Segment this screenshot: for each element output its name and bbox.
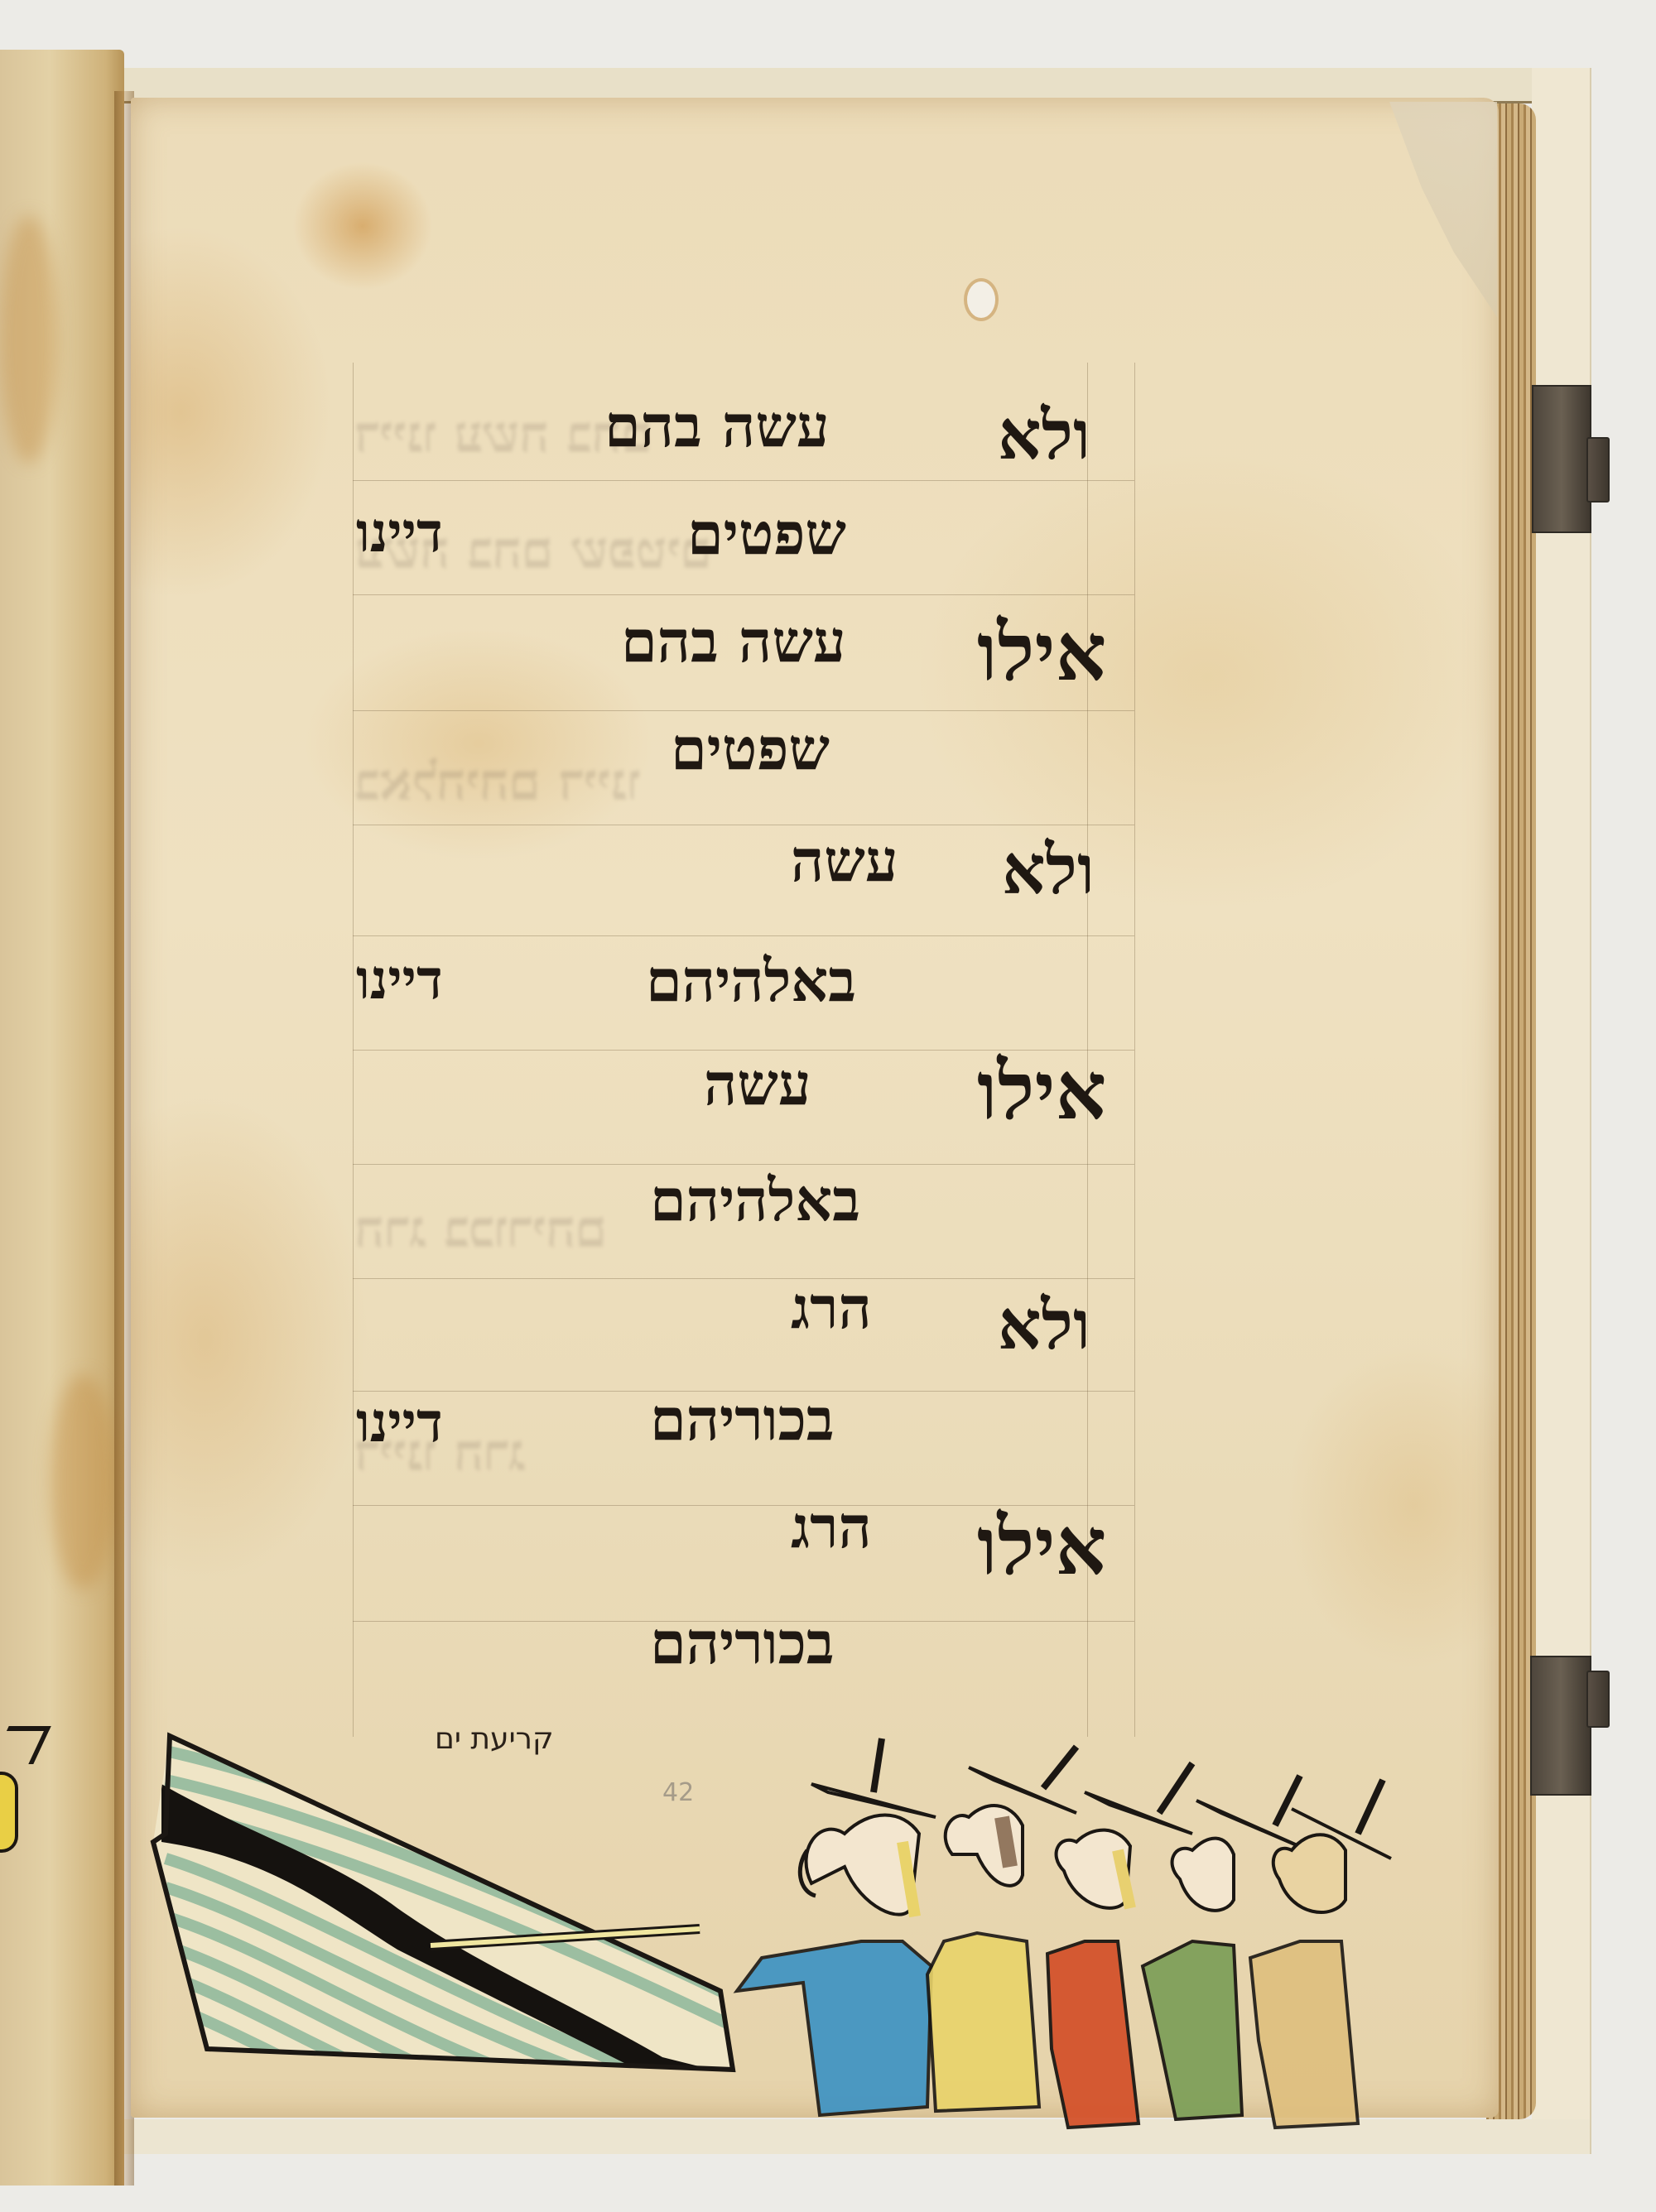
- upper-clasp: [1532, 385, 1591, 533]
- ruling-line: [353, 825, 1134, 825]
- ruling-line: [353, 935, 1134, 936]
- lower-clasp: [1530, 1656, 1591, 1796]
- lead-word: אילו: [977, 613, 1106, 692]
- lead-word: ולא: [1002, 836, 1095, 904]
- text-line-4: שפטים: [671, 720, 830, 778]
- text-line-8: באלהיהם: [650, 1171, 860, 1229]
- ruling-line: [353, 480, 1134, 481]
- ruling-line: [353, 1278, 1134, 1279]
- text-line-7: עשה: [704, 1056, 811, 1113]
- left-page-figure-hair: [0, 1772, 18, 1853]
- binding-cover-right: [1532, 68, 1591, 2154]
- parted-sea-illustration: [149, 1718, 745, 2082]
- text-line-11: הרג: [791, 1498, 872, 1556]
- dayenu-refrain: דיינו: [356, 952, 443, 1007]
- figures-group: [729, 1693, 1457, 2140]
- figure-tan: [1250, 1780, 1391, 2128]
- lower-clasp-tab: [1586, 1671, 1610, 1728]
- lead-word: אילו: [977, 1051, 1106, 1131]
- lead-word: ולא: [998, 402, 1090, 469]
- ruling-line: [353, 1164, 1134, 1165]
- dayenu-refrain: דיינו: [356, 505, 443, 560]
- text-line-12: בכוריהם: [650, 1614, 835, 1672]
- text-line-6: באלהיהם: [646, 952, 856, 1010]
- ruling-line: [353, 710, 1134, 711]
- ruling-line: [1134, 363, 1135, 1737]
- dayenu-refrain: דיינו: [356, 1395, 443, 1450]
- show-through-text: באלהיהם דיינו: [354, 752, 640, 813]
- lead-word: אילו: [977, 1507, 1106, 1586]
- text-line-3: עשה בהם: [621, 613, 846, 671]
- show-through-text: הרג בכוריהם: [354, 1199, 607, 1260]
- upper-clasp-tab: [1586, 437, 1610, 503]
- text-line-1: עשה בהם: [604, 397, 830, 455]
- text-line-9: הרג: [791, 1279, 872, 1337]
- text-line-10: בכוריהם: [650, 1391, 835, 1449]
- left-facing-page: [0, 50, 124, 2186]
- text-line-2: שפטים: [687, 505, 846, 563]
- corner-repair: [1389, 102, 1497, 317]
- lead-word: ולא: [998, 1291, 1090, 1359]
- ruling-line: [353, 594, 1134, 595]
- figure-moses: [737, 1738, 936, 2115]
- parchment-hole: [967, 281, 995, 318]
- text-line-5: עשה: [791, 832, 898, 890]
